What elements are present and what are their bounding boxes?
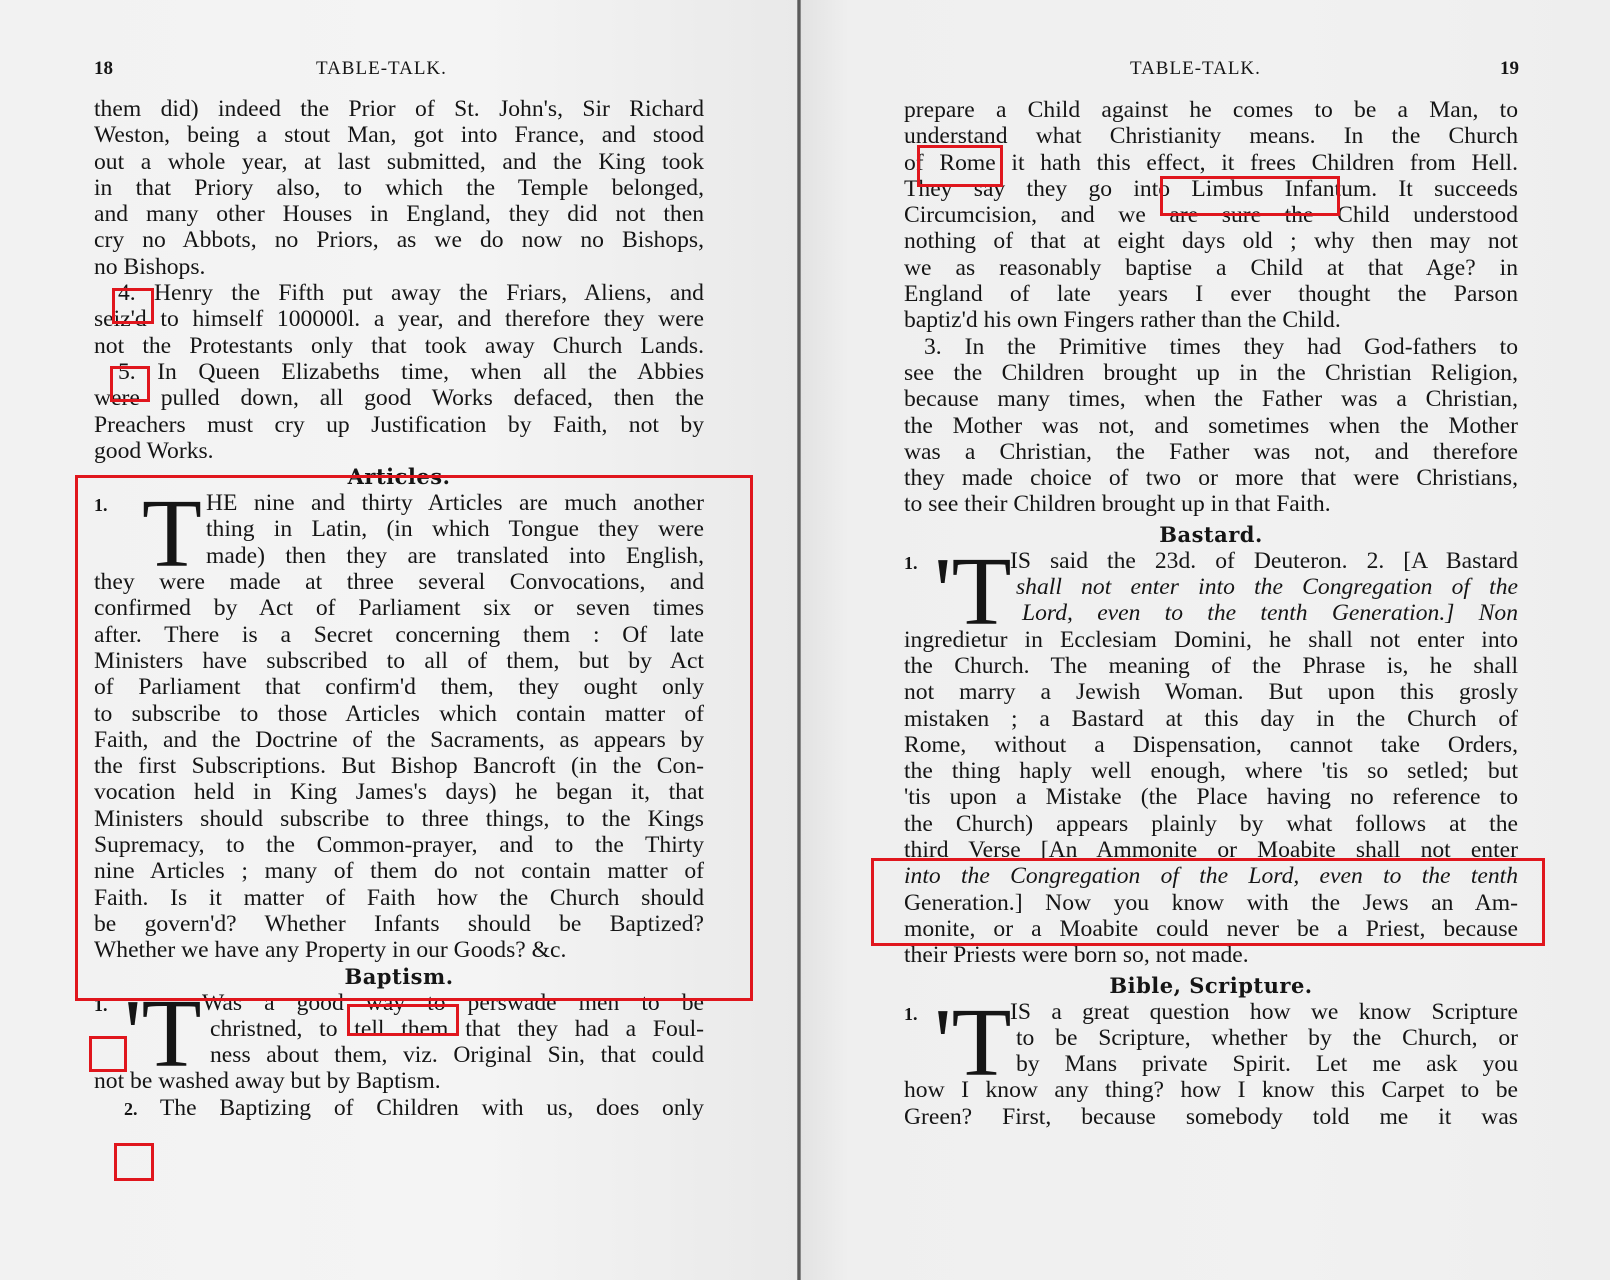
text-line: Green? First, because somebody told me i… — [904, 1104, 1518, 1130]
text-line: Weston, being a stout Man, got into Fran… — [94, 122, 704, 148]
bible-dropcap: 'T — [934, 1003, 1012, 1083]
text-line: because many times, when the Father was … — [904, 386, 1518, 412]
text-line: into the Congregation of the Lord, even … — [904, 863, 1518, 889]
text-line: Henry the Fifth put away the Friars, Ali… — [154, 280, 704, 306]
articles-entry: 1. T HE nine and thirty Articles are muc… — [94, 490, 704, 569]
text-line: Supremacy, to the Common-prayer, and to … — [94, 832, 704, 858]
left-page-number: 18 — [94, 58, 113, 80]
text-line: not the Protestants only that took away … — [94, 333, 704, 359]
text-line: after. There is a Secret concerning them… — [94, 622, 704, 648]
left-running-head: TABLE-TALK. — [316, 58, 447, 80]
text-line: 3. In the Primitive times they had God-f… — [904, 334, 1518, 360]
right-page-number: 19 — [1500, 58, 1519, 80]
text-line: not marry a Jewish Woman. But upon this … — [904, 679, 1518, 705]
text-line: be govern'd? Whether Infants should be B… — [94, 911, 704, 937]
text-line: 'tis upon a Mistake (the Place having no… — [904, 784, 1518, 810]
text-line: baptiz'd his own Fingers rather than the… — [904, 307, 1518, 333]
text-line: England of late years I ever thought the… — [904, 281, 1518, 307]
text-line: mistaken ; a Bastard at this day in the … — [904, 706, 1518, 732]
text-line: confirmed by Act of Parliament six or se… — [94, 595, 704, 621]
text-line: was a Christian, the Father was not, and… — [904, 439, 1518, 465]
bible-entry: 1. 'T IS a great question how we know Sc… — [904, 999, 1518, 1078]
text-line: cry no Abbots, no Priors, as we do now n… — [94, 227, 704, 253]
text-line: them did) indeed the Prior of St. John's… — [94, 96, 704, 122]
text-line: Ministers have subscribed to all of them… — [94, 648, 704, 674]
text-line: Circumcision, and we are sure the Child … — [904, 202, 1518, 228]
para-4-number: 4. — [118, 280, 136, 306]
para-5-number: 5. — [118, 359, 136, 385]
text-line: the Church. The meaning of the Phrase is… — [904, 653, 1518, 679]
baptism-dropcap: 'T — [124, 994, 202, 1074]
text-line: Faith, and the Doctrine of the Sacrament… — [94, 727, 704, 753]
text-line: the first Subscriptions. But Bishop Banc… — [94, 753, 704, 779]
bastard-number: 1. — [904, 550, 918, 576]
articles-number: 1. — [94, 492, 108, 518]
text-line: Preachers must cry up Justification by F… — [94, 412, 704, 438]
text-line: we as reasonably baptise a Child at that… — [904, 255, 1518, 281]
text-line: Rome, without a Dispensation, cannot tak… — [904, 732, 1518, 758]
text-line: nothing of that at eight days old ; why … — [904, 228, 1518, 254]
para-5-first-line: 5. In Queen Elizabeths time, when all th… — [94, 359, 704, 385]
text-line: in that Priory also, to which the Temple… — [94, 175, 704, 201]
book-spine — [797, 0, 801, 1280]
text-line: Ministers should subscribe to three thin… — [94, 806, 704, 832]
text-line: out a whole year, at last submitted, and… — [94, 149, 704, 175]
text-line: third Verse [An Ammonite or Moabite shal… — [904, 837, 1518, 863]
text-line: of Parliament that confirm'd them, they … — [94, 674, 704, 700]
text-line: they made choice of two or more that wer… — [904, 465, 1518, 491]
text-line: Faith. Is it matter of Faith how the Chu… — [94, 885, 704, 911]
text-line: seiz'd to himself 100000l. a year, and t… — [94, 306, 704, 332]
text-line: They say they go into Limbus Infantum. I… — [904, 176, 1518, 202]
text-line: The Baptizing of Children with us, does … — [160, 1095, 704, 1121]
text-line: Whether we have any Property in our Good… — [94, 937, 704, 963]
articles-dropcap: T — [142, 494, 202, 574]
bastard-entry: 1. 'T IS said the 23d. of Deuteron. 2. [… — [904, 548, 1518, 627]
para-4-first-line: 4. Henry the Fifth put away the Friars, … — [94, 280, 704, 306]
text-line: In Queen Elizabeths time, when all the A… — [157, 359, 704, 385]
text-line: the Church) appears plainly by what foll… — [904, 811, 1518, 837]
text-line: were pulled down, all good Works defaced… — [94, 385, 704, 411]
baptism-2-number: 2. — [124, 1099, 138, 1119]
text-line: vocation held in King James's days) he b… — [94, 779, 704, 805]
text-line: to subscribe to those Articles which con… — [94, 701, 704, 727]
baptism-1-number: 1. — [94, 992, 108, 1018]
text-line: Generation.] Now you know with the Jews … — [904, 890, 1518, 916]
bible-number: 1. — [904, 1001, 918, 1027]
baptism-para-2-line: 2. The Baptizing of Children with us, do… — [94, 1095, 704, 1121]
right-running-head: TABLE-TALK. — [1130, 58, 1261, 80]
text-line: understand what Christianity means. In t… — [904, 123, 1518, 149]
right-text-column: prepare a Child against he comes to be a… — [904, 97, 1518, 1130]
text-line: good Works. — [94, 438, 704, 464]
text-line: the Mother was not, and sometimes when t… — [904, 413, 1518, 439]
text-line: no Bishops. — [94, 254, 704, 280]
text-line: monite, or a Moabite could never be a Pr… — [904, 916, 1518, 942]
text-line: see the Children brought up in the Chris… — [904, 360, 1518, 386]
text-line: to see their Children brought up in that… — [904, 491, 1518, 517]
text-line: of Rome it hath this effect, it frees Ch… — [904, 150, 1518, 176]
text-line: and many other Houses in England, they d… — [94, 201, 704, 227]
text-line: nine Articles ; many of them do not cont… — [94, 858, 704, 884]
left-text-column: them did) indeed the Prior of St. John's… — [94, 96, 704, 1121]
bastard-dropcap: 'T — [934, 552, 1012, 632]
baptism-entry: 1. 'T Was a good way to perswade men to … — [94, 990, 704, 1069]
text-line: their Priests were born so, not made. — [904, 942, 1518, 968]
text-line: the thing haply well enough, where 'tis … — [904, 758, 1518, 784]
text-line: prepare a Child against he comes to be a… — [904, 97, 1518, 123]
